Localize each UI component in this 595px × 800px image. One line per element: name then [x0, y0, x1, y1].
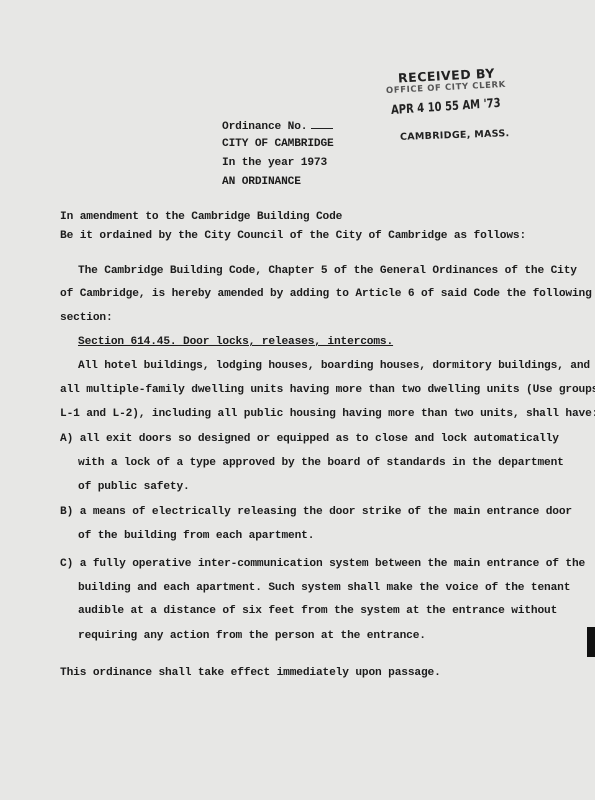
amendment-line: In amendment to the Cambridge Building C… — [60, 211, 342, 223]
ordinance-type: AN ORDINANCE — [222, 176, 301, 188]
ordinance-number: Ordinance No. — [222, 119, 333, 133]
item-c-line-3: audible at a distance of six feet from t… — [78, 605, 557, 617]
item-c-line-4: requiring any action from the person at … — [78, 630, 426, 642]
document-page: RECEIVED BY OFFICE OF CITY CLERK APR 4 1… — [0, 0, 595, 800]
received-stamp-city: CAMBRIDGE, MASS. — [400, 128, 510, 143]
section-heading: Section 614.45. Door locks, releases, in… — [78, 336, 393, 348]
city-name: CITY OF CAMBRIDGE — [222, 138, 334, 150]
item-c-line-2: building and each apartment. Such system… — [78, 582, 570, 594]
item-c-line-1: C) a fully operative inter-communication… — [60, 558, 585, 570]
paragraph-2-line-1: All hotel buildings, lodging houses, boa… — [78, 360, 590, 372]
ordinance-number-label: Ordinance No. — [222, 121, 307, 133]
scan-edge-mark — [587, 627, 595, 657]
received-stamp-date: APR 4 10 55 AM '73 — [391, 95, 501, 117]
closing-statement: This ordinance shall take effect immedia… — [60, 667, 441, 679]
ordinance-year: In the year 1973 — [222, 157, 327, 169]
paragraph-1-line-1: The Cambridge Building Code, Chapter 5 o… — [78, 265, 577, 277]
item-b-line-1: B) a means of electrically releasing the… — [60, 506, 572, 518]
item-b-line-2: of the building from each apartment. — [78, 530, 314, 542]
paragraph-2-line-3: L-1 and L-2), including all public housi… — [60, 408, 595, 420]
item-a-line-2: with a lock of a type approved by the bo… — [78, 457, 564, 469]
paragraph-1-line-3: section: — [60, 312, 113, 324]
ordinance-number-blank — [311, 119, 333, 129]
item-a-line-3: of public safety. — [78, 481, 190, 493]
paragraph-1-line-2: of Cambridge, is hereby amended by addin… — [60, 288, 592, 300]
item-a-line-1: A) all exit doors so designed or equippe… — [60, 433, 559, 445]
enacting-clause: Be it ordained by the City Council of th… — [60, 230, 526, 242]
paragraph-2-line-2: all multiple-family dwelling units havin… — [60, 384, 595, 396]
